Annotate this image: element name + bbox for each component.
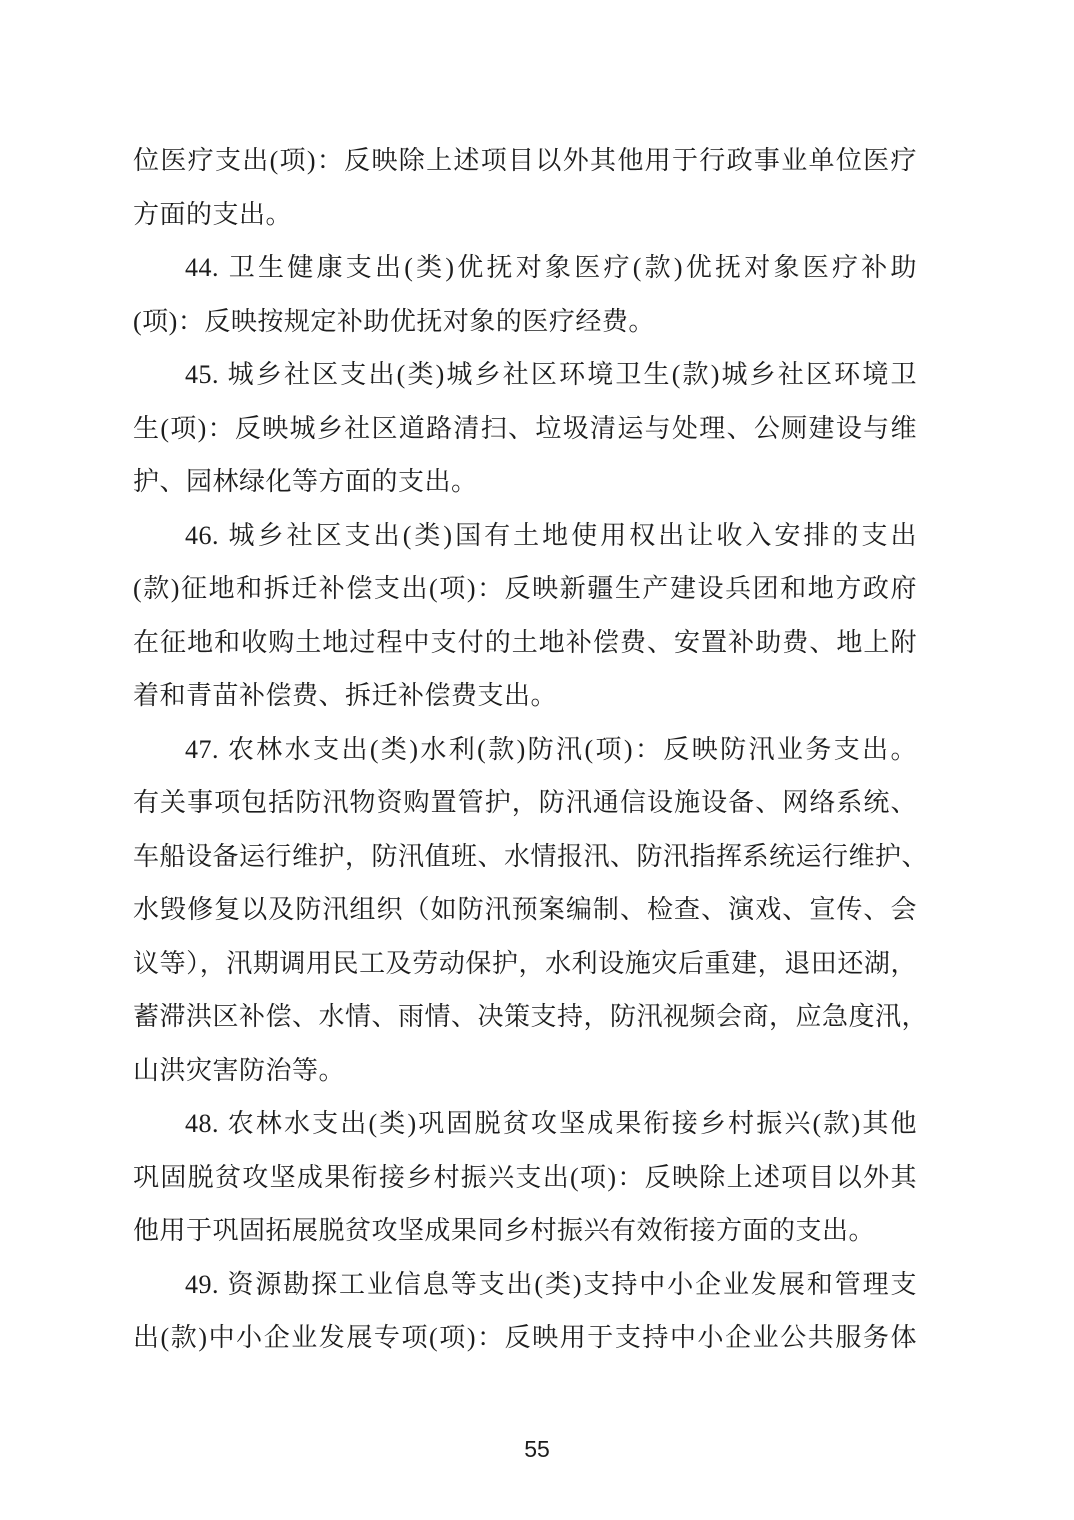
page-number: 55 bbox=[0, 1436, 1074, 1463]
document-body: 位医疗支出(项)：反映除上述项目以外其他用于行政事业单位医疗方面的支出。44. … bbox=[133, 134, 917, 1365]
text-line: 蓄滞洪区补偿、水情、雨情、决策支持，防汛视频会商，应急度汛， bbox=[133, 990, 917, 1044]
text-line: 生(项)：反映城乡社区道路清扫、垃圾清运与处理、公厕建设与维 bbox=[133, 402, 917, 456]
text-line: 车船设备运行维护，防汛值班、水情报汛、防汛指挥系统运行维护、 bbox=[133, 830, 917, 884]
document-page: 位医疗支出(项)：反映除上述项目以外其他用于行政事业单位医疗方面的支出。44. … bbox=[0, 0, 1074, 1520]
text-line: 出(款)中小企业发展专项(项)：反映用于支持中小企业公共服务体 bbox=[133, 1311, 917, 1365]
text-line: 44. 卫生健康支出(类)优抚对象医疗(款)优抚对象医疗补助 bbox=[133, 241, 917, 295]
text-line: 护、园林绿化等方面的支出。 bbox=[133, 455, 917, 509]
text-line: 有关事项包括防汛物资购置管护，防汛通信设施设备、网络系统、 bbox=[133, 776, 917, 830]
text-line: 水毁修复以及防汛组织（如防汛预案编制、检查、演戏、宣传、会 bbox=[133, 883, 917, 937]
text-line: 49. 资源勘探工业信息等支出(类)支持中小企业发展和管理支 bbox=[133, 1258, 917, 1312]
text-line: 他用于巩固拓展脱贫攻坚成果同乡村振兴有效衔接方面的支出。 bbox=[133, 1204, 917, 1258]
text-line: 位医疗支出(项)：反映除上述项目以外其他用于行政事业单位医疗 bbox=[133, 134, 917, 188]
text-line: 山洪灾害防治等。 bbox=[133, 1044, 917, 1098]
text-line: 46. 城乡社区支出(类)国有土地使用权出让收入安排的支出 bbox=[133, 509, 917, 563]
text-line: 在征地和收购土地过程中支付的土地补偿费、安置补助费、地上附 bbox=[133, 616, 917, 670]
text-line: 巩固脱贫攻坚成果衔接乡村振兴支出(项)：反映除上述项目以外其 bbox=[133, 1151, 917, 1205]
text-line: 着和青苗补偿费、拆迁补偿费支出。 bbox=[133, 669, 917, 723]
text-line: 47. 农林水支出(类)水利(款)防汛(项)：反映防汛业务支出。 bbox=[133, 723, 917, 777]
text-line: 方面的支出。 bbox=[133, 188, 917, 242]
text-line: (项)：反映按规定补助优抚对象的医疗经费。 bbox=[133, 295, 917, 349]
text-line: 45. 城乡社区支出(类)城乡社区环境卫生(款)城乡社区环境卫 bbox=[133, 348, 917, 402]
text-line: 48. 农林水支出(类)巩固脱贫攻坚成果衔接乡村振兴(款)其他 bbox=[133, 1097, 917, 1151]
text-line: 议等），汛期调用民工及劳动保护，水利设施灾后重建，退田还湖， bbox=[133, 937, 917, 991]
text-line: (款)征地和拆迁补偿支出(项)：反映新疆生产建设兵团和地方政府 bbox=[133, 562, 917, 616]
